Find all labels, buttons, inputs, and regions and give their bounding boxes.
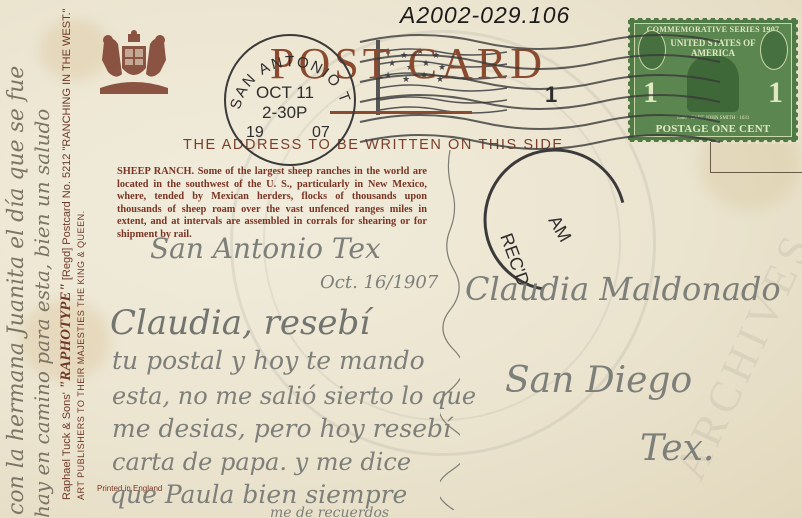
- stamp-portrait-left: [638, 30, 666, 70]
- message-line: me desias, pero hoy resebí: [112, 414, 451, 443]
- margin-note: con la hermana Juanita el día que se fue: [4, 66, 29, 515]
- accession-number: A2002-029.106: [400, 2, 570, 29]
- stamp-value: POSTAGE ONE CENT: [635, 123, 791, 135]
- publisher-imprint: Raphael Tuck & Sons' "RAPHOTYPE" [Regd] …: [58, 8, 86, 500]
- recipient-city: San Diego: [505, 360, 692, 401]
- description-heading: SHEEP RANCH.: [117, 166, 194, 177]
- postcard-number: [Regd] Postcard No. 5212 "RANCHING IN TH…: [61, 8, 73, 280]
- stamp-denomination-left: 1: [643, 76, 658, 110]
- stamp-placement-box: [710, 142, 802, 173]
- image-description: SHEEP RANCH. Some of the largest sheep r…: [117, 166, 427, 242]
- postcard-title: POST CARD: [270, 38, 546, 89]
- message-line: tu postal y hoy te mando: [112, 346, 425, 375]
- stamp-central-figure: [687, 56, 739, 112]
- message-line: Claudia, resebí: [110, 303, 370, 343]
- royal-coat-of-arms-icon: [94, 30, 174, 100]
- message-line: carta de papa. y me dice: [112, 448, 411, 476]
- message-line: esta, no me salió sierto lo que: [112, 382, 476, 410]
- stamp-portrait-right: [760, 30, 788, 70]
- center-divider: [440, 150, 460, 510]
- stamp-country: UNITED STATES OF AMERICA: [665, 38, 761, 58]
- message-place: San Antonio Tex: [150, 232, 381, 265]
- postage-stamp: COMMEMORATIVE SERIES 1907 UNITED STATES …: [628, 18, 798, 142]
- recipient-name: Claudia Maldonado: [465, 270, 781, 308]
- message-line: me de recuerdos: [270, 505, 389, 518]
- publisher-appointment: ART PUBLISHERS TO THEIR MAJESTIES THE KI…: [76, 8, 86, 500]
- title-rule: [330, 111, 472, 114]
- message-date: Oct. 16/1907: [320, 272, 438, 293]
- margin-note: hay en camino para esta, bien un saludo: [30, 109, 54, 518]
- stamp-denomination-right: 1: [768, 76, 783, 110]
- publisher-name: Raphael Tuck & Sons': [61, 392, 73, 500]
- address-instruction: THE ADDRESS TO BE WRITTEN ON THIS SIDE: [183, 137, 564, 153]
- postcard-back: ARCHIVES A2002-029.106 ★★★★: [0, 0, 802, 518]
- raphotype-brand: "RAPHOTYPE": [58, 283, 74, 389]
- description-body: Some of the largest sheep ranches in the…: [117, 166, 427, 240]
- stamp-caption: 1580 · CAPT. JOHN SMITH · 1631: [675, 116, 751, 121]
- recipient-state: Tex.: [640, 428, 714, 469]
